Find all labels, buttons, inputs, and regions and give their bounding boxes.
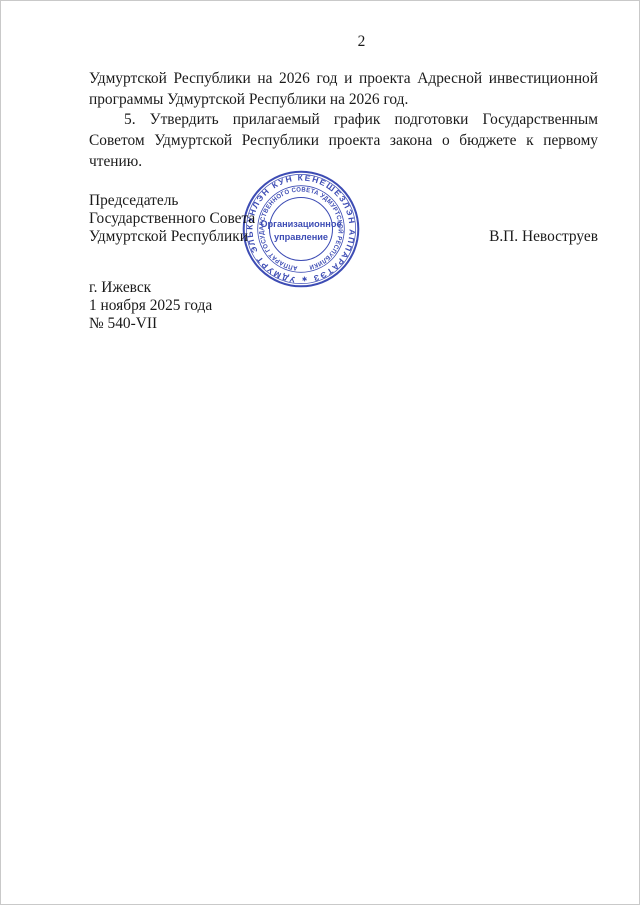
footer-doc-number: № 540-VII — [89, 315, 212, 333]
stamp-center-circle — [270, 198, 333, 261]
paragraph2-line2: Советом Удмуртской Республики проекта за… — [89, 131, 598, 152]
stamp-star-separator: ✱ — [302, 275, 309, 283]
paragraph1-line2: программы Удмуртской Республики на 2026 … — [89, 90, 598, 111]
stamp-ring-separator — [258, 186, 345, 273]
paragraph2-line1: 5. Утвердить прилагаемый график подготов… — [89, 110, 598, 131]
signature-name: В.П. Невоструев — [489, 228, 598, 246]
official-stamp-seal: УДМУРТ ЭЛЬКУНЛЭН КУН КЕНЕШЕЗЛЭН АППАРАТЭ… — [240, 168, 362, 290]
page-number: 2 — [333, 33, 390, 51]
body-text: Удмуртской Республики на 2026 год и прое… — [89, 69, 598, 173]
stamp-center-line1: Организационное — [260, 219, 341, 229]
footer-date: 1 ноября 2025 года — [89, 297, 212, 315]
stamp-center-line2: управление — [274, 232, 328, 242]
paragraph1-line1: Удмуртской Республики на 2026 год и прое… — [89, 69, 598, 90]
footer-city: г. Ижевск — [89, 279, 212, 297]
signature-title-line3-text: Удмуртской Республики — [89, 228, 248, 245]
document-page: 2 Удмуртской Республики на 2026 год и пр… — [0, 0, 640, 905]
stamp-svg: УДМУРТ ЭЛЬКУНЛЭН КУН КЕНЕШЕЗЛЭН АППАРАТЭ… — [240, 168, 362, 290]
place-date-block: г. Ижевск 1 ноября 2025 года № 540-VII — [89, 279, 212, 332]
